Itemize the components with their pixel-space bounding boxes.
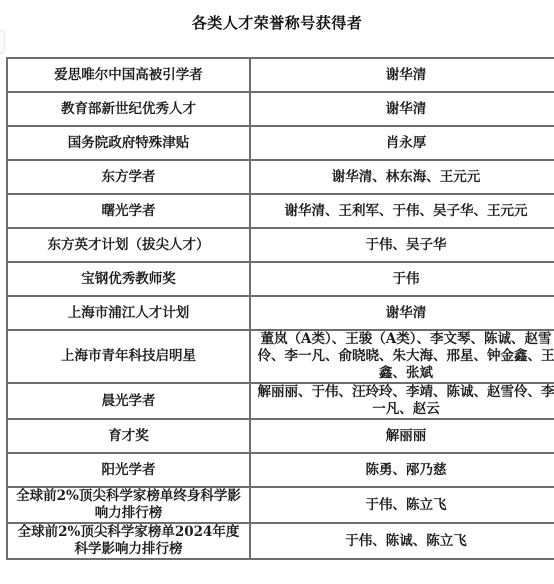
honor-recipients: 于伟、陈立飞 [250, 487, 554, 523]
table-row: 国务院政府特殊津贴 肖永厚 [7, 126, 554, 160]
table-row: 上海市浦江人才计划 谢华清 [7, 296, 554, 330]
honor-title: 上海市浦江人才计划 [7, 296, 250, 330]
honor-title: 宝钢优秀教师奖 [7, 262, 250, 296]
table-row: 宝钢优秀教师奖 于伟 [7, 262, 554, 296]
honor-title: 全球前2%顶尖科学家榜单终身科学影响力排行榜 [7, 487, 250, 523]
honor-title: 晨光学者 [7, 383, 250, 419]
table-row: 全球前2%顶尖科学家榜单终身科学影响力排行榜 于伟、陈立飞 [7, 487, 554, 523]
honor-recipients: 于伟、吴子华 [250, 228, 554, 262]
table-row: 东方学者 谢华清、林东海、王元元 [7, 160, 554, 194]
honor-recipients: 谢华清 [250, 296, 554, 330]
honor-recipients: 陈勇、邴乃慈 [250, 453, 554, 487]
honor-title: 阳光学者 [7, 453, 250, 487]
page-title: 各类人才荣誉称号获得者 [0, 12, 554, 33]
table-row: 爱思唯尔中国高被引学者 谢华清 [7, 58, 554, 92]
honor-title: 教育部新世纪优秀人才 [7, 92, 250, 126]
table-row: 晨光学者 解丽丽、于伟、汪玲玲、李靖、陈诚、赵雪伶、李一凡、赵云 [7, 383, 554, 419]
honor-recipients: 肖永厚 [250, 126, 554, 160]
table-row: 全球前2%顶尖科学家榜单2024年度科学影响力排行榜 于伟、陈诚、陈立飞 [7, 523, 554, 559]
table-row: 曙光学者 谢华清、王利军、于伟、吴子华、王元元 [7, 194, 554, 228]
honor-recipients: 于伟、陈诚、陈立飞 [250, 523, 554, 559]
honor-title: 育才奖 [7, 419, 250, 453]
table-row: 教育部新世纪优秀人才 谢华清 [7, 92, 554, 126]
table-row: 阳光学者 陈勇、邴乃慈 [7, 453, 554, 487]
honor-recipients: 谢华清、林东海、王元元 [250, 160, 554, 194]
honor-title: 上海市青年科技启明星 [7, 330, 250, 383]
honor-title: 国务院政府特殊津贴 [7, 126, 250, 160]
honor-recipients: 董岚（A类）、王骏（A类）、李文琴、陈诚、赵雪伶、李一凡、俞晓晓、朱大海、邢星、… [250, 330, 554, 383]
honor-recipients: 解丽丽、于伟、汪玲玲、李靖、陈诚、赵雪伶、李一凡、赵云 [250, 383, 554, 419]
table-row: 东方英才计划（拔尖人才） 于伟、吴子华 [7, 228, 554, 262]
table-row: 上海市青年科技启明星 董岚（A类）、王骏（A类）、李文琴、陈诚、赵雪伶、李一凡、… [7, 330, 554, 383]
honor-recipients: 谢华清 [250, 92, 554, 126]
honor-title: 东方英才计划（拔尖人才） [7, 228, 250, 262]
honors-table: 爱思唯尔中国高被引学者 谢华清 教育部新世纪优秀人才 谢华清 国务院政府特殊津贴… [6, 57, 554, 560]
honor-title: 爱思唯尔中国高被引学者 [7, 58, 250, 92]
honor-recipients: 于伟 [250, 262, 554, 296]
honor-recipients: 谢华清 [250, 58, 554, 92]
page-edge-tab [0, 30, 5, 54]
honor-recipients: 谢华清、王利军、于伟、吴子华、王元元 [250, 194, 554, 228]
honor-title: 曙光学者 [7, 194, 250, 228]
honor-title: 全球前2%顶尖科学家榜单2024年度科学影响力排行榜 [7, 523, 250, 559]
honor-recipients: 解丽丽 [250, 419, 554, 453]
honor-title: 东方学者 [7, 160, 250, 194]
table-row: 育才奖 解丽丽 [7, 419, 554, 453]
